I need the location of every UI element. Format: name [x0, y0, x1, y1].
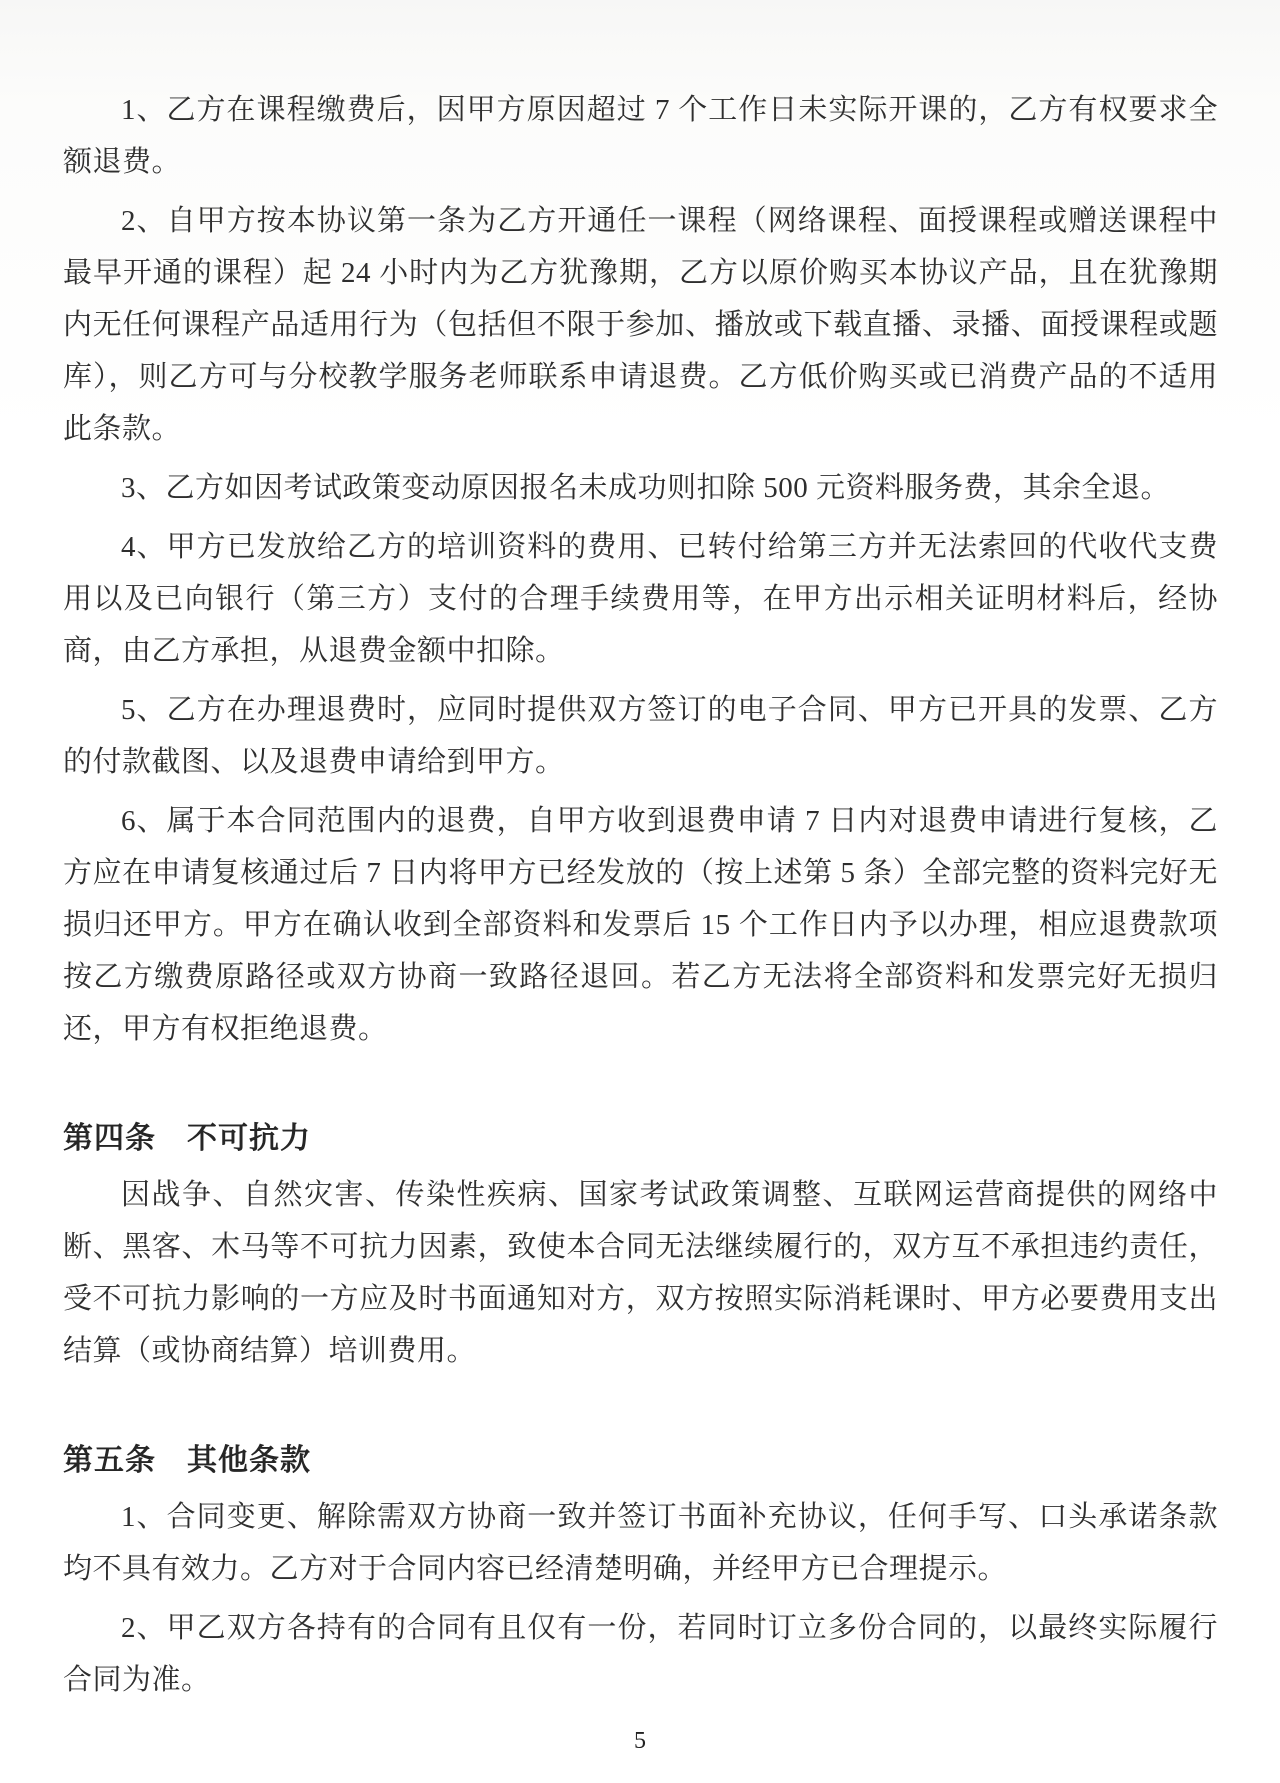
refund-clause-4: 4、甲方已发放给乙方的培训资料的费用、已转付给第三方并无法索回的代收代支费用以及…: [63, 521, 1218, 677]
refund-clause-2: 2、自甲方按本协议第一条为乙方开通任一课程（网络课程、面授课程或赠送课程中最早开…: [63, 195, 1218, 455]
contract-body: 1、乙方在课程缴费后，因甲方原因超过 7 个工作日未实际开课的，乙方有权要求全额…: [63, 84, 1218, 1706]
refund-clause-5: 5、乙方在办理退费时，应同时提供双方签订的电子合同、甲方已开具的发票、乙方的付款…: [63, 684, 1218, 788]
contract-page: 1、乙方在课程缴费后，因甲方原因超过 7 个工作日未实际开课的，乙方有权要求全额…: [0, 0, 1280, 1783]
article-5-clause-2: 2、甲乙双方各持有的合同有且仅有一份，若同时订立多份合同的，以最终实际履行合同为…: [63, 1602, 1218, 1706]
article-5-clause-1: 1、合同变更、解除需双方协商一致并签订书面补充协议，任何手写、口头承诺条款均不具…: [63, 1491, 1218, 1595]
refund-clause-3: 3、乙方如因考试政策变动原因报名未成功则扣除 500 元资料服务费，其余全退。: [63, 462, 1218, 514]
refund-clause-1: 1、乙方在课程缴费后，因甲方原因超过 7 个工作日未实际开课的，乙方有权要求全额…: [63, 84, 1218, 188]
article-5-heading: 第五条 其他条款: [63, 1435, 1218, 1487]
page-number: 5: [0, 1728, 1280, 1755]
article-4-heading: 第四条 不可抗力: [63, 1113, 1218, 1165]
article-4-paragraph: 因战争、自然灾害、传染性疾病、国家考试政策调整、互联网运营商提供的网络中断、黑客…: [63, 1169, 1218, 1377]
refund-clause-6: 6、属于本合同范围内的退费，自甲方收到退费申请 7 日内对退费申请进行复核，乙方…: [63, 795, 1218, 1055]
